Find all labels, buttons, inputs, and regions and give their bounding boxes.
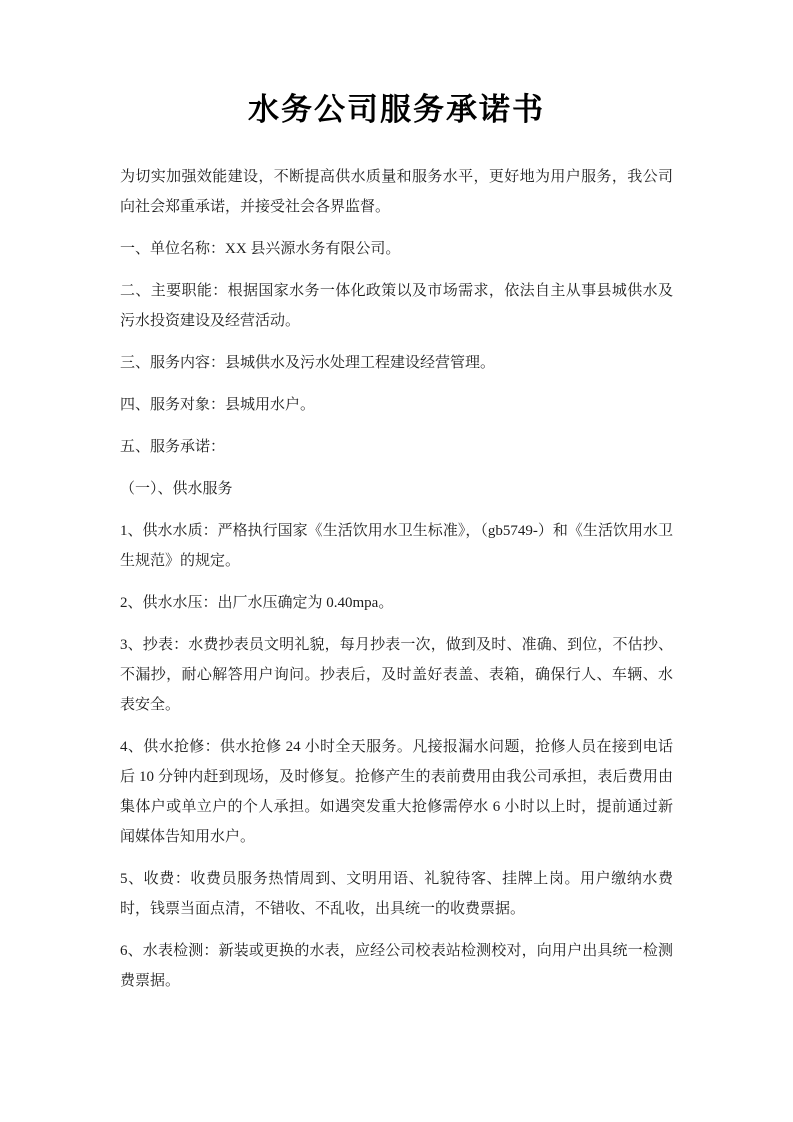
- paragraph-fee-collection: 5、收费：收费员服务热情周到、文明用语、礼貌待客、挂牌上岗。用户缴纳水费时，钱票…: [120, 864, 673, 924]
- paragraph-water-pressure: 2、供水水压：出厂水压确定为 0.40mpa。: [120, 588, 673, 618]
- paragraph-emergency-repair: 4、供水抢修：供水抢修 24 小时全天服务。凡接报漏水问题，抢修人员在接到电话后…: [120, 732, 673, 852]
- paragraph-water-service: （一）、供水服务: [120, 474, 673, 504]
- paragraph-water-quality: 1、供水水质：严格执行国家《生活饮用水卫生标准》，（gb5749-）和《生活饮用…: [120, 516, 673, 576]
- document-title: 水务公司服务承诺书: [120, 90, 673, 130]
- paragraph-service-target: 四、服务对象：县城用水户。: [120, 390, 673, 420]
- paragraph-intro: 为切实加强效能建设，不断提高供水质量和服务水平，更好地为用户服务，我公司向社会郑…: [120, 162, 673, 222]
- paragraph-meter-testing: 6、水表检测：新装或更换的水表，应经公司校表站检测校对，向用户出具统一检测费票据…: [120, 936, 673, 996]
- paragraph-service-promise: 五、服务承诺：: [120, 432, 673, 462]
- paragraph-unit-name: 一、单位名称：XX 县兴源水务有限公司。: [120, 234, 673, 264]
- document-content: 水务公司服务承诺书 为切实加强效能建设，不断提高供水质量和服务水平，更好地为用户…: [0, 0, 793, 996]
- document-page: 水务公司服务承诺书 为切实加强效能建设，不断提高供水质量和服务水平，更好地为用户…: [0, 0, 793, 1122]
- paragraph-main-duties: 二、主要职能：根据国家水务一体化政策以及市场需求，依法自主从事县城供水及污水投资…: [120, 276, 673, 336]
- paragraph-meter-reading: 3、抄表：水费抄表员文明礼貌，每月抄表一次，做到及时、准确、到位，不估抄、不漏抄…: [120, 630, 673, 720]
- paragraph-service-content: 三、服务内容：县城供水及污水处理工程建设经营管理。: [120, 348, 673, 378]
